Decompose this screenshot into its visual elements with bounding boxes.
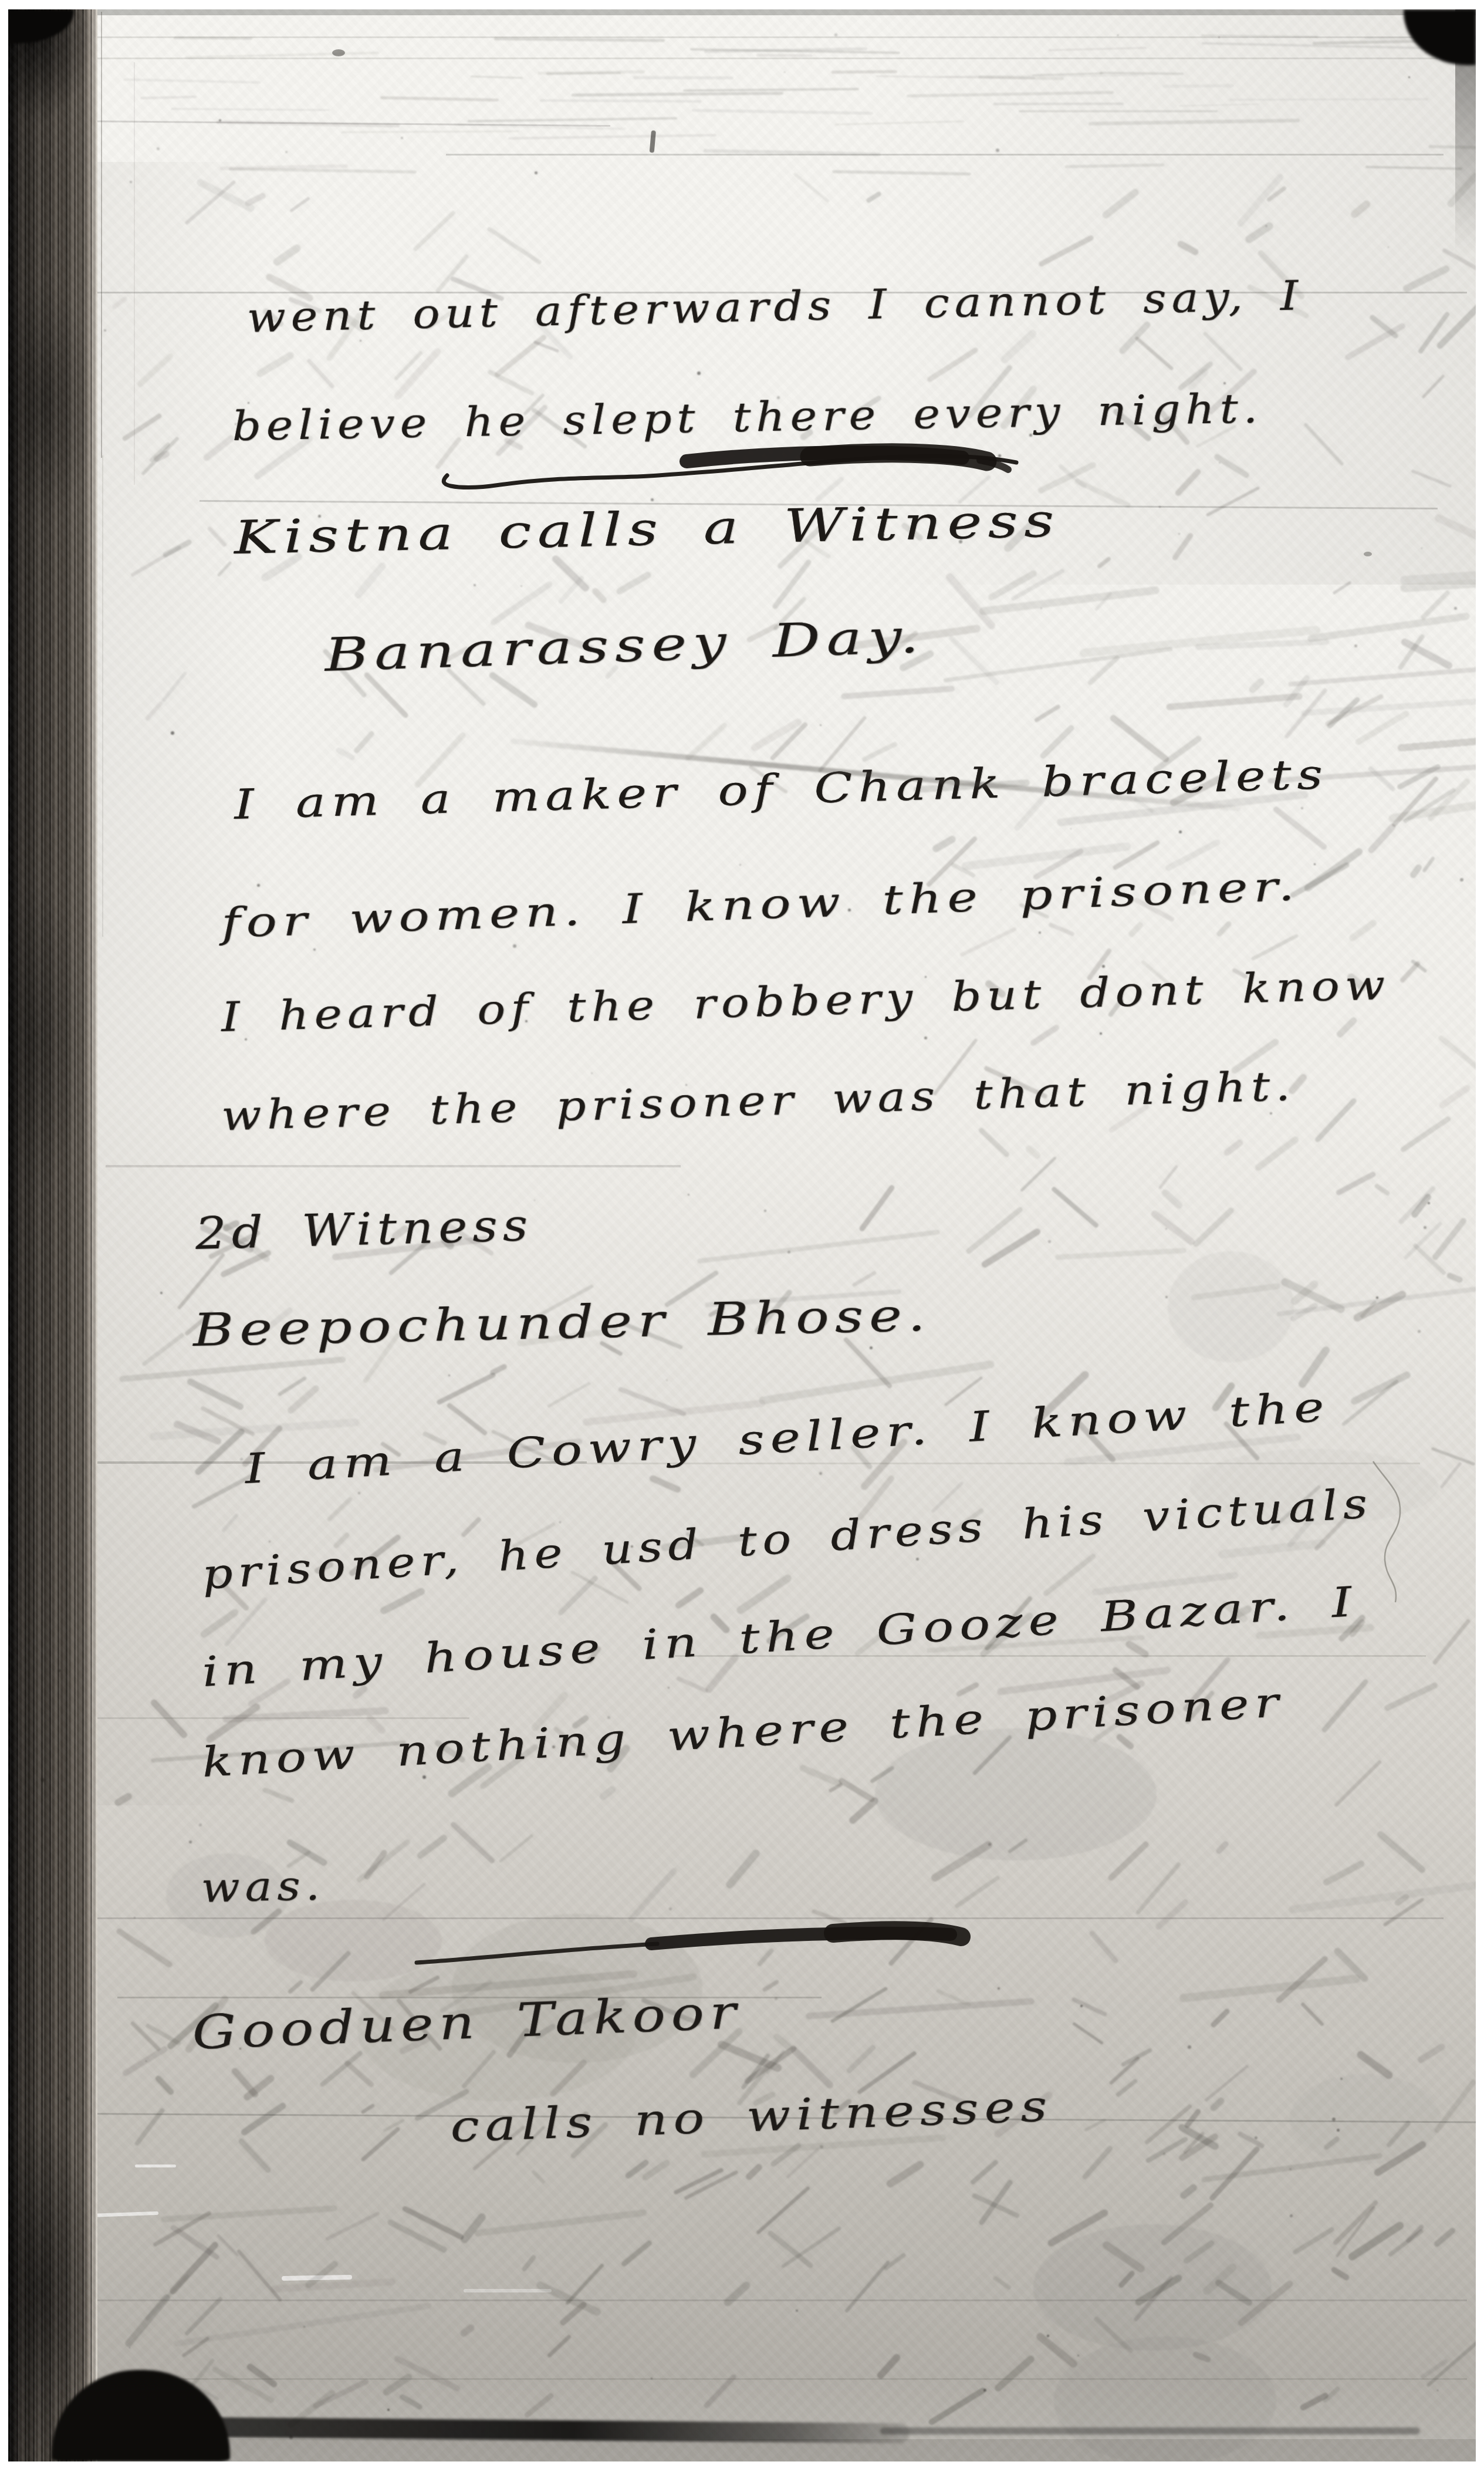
scratch-mark — [282, 2275, 352, 2281]
manuscript-line: in my house in the Gooze Bazar. I — [201, 1578, 1359, 1696]
bottom-smudge — [164, 2417, 910, 2443]
manuscript-line: calls no witnesses — [449, 2081, 1053, 2152]
rule-line — [106, 1165, 681, 1167]
scratch-mark — [88, 2211, 158, 2217]
bottom-smudge — [880, 2427, 1420, 2434]
crease-line — [1358, 1459, 1428, 1612]
manuscript-scan: went out afterwards I cannot say, I beli… — [0, 0, 1484, 2465]
rule-line — [35, 2378, 1467, 2380]
rule-line — [88, 58, 1438, 59]
corner-shadow-top-right — [1404, 9, 1476, 65]
ink-speck — [878, 532, 884, 538]
page-photo: went out afterwards I cannot say, I beli… — [8, 9, 1476, 2461]
underline-flourish — [434, 437, 1021, 507]
rule-line — [47, 1717, 469, 1719]
rule-line — [35, 36, 1438, 38]
rule-line — [76, 2299, 1467, 2301]
ink-speck — [1364, 552, 1372, 556]
manuscript-line: I am a Cowry seller. I know the — [244, 1382, 1331, 1492]
scratch-mark — [464, 2289, 552, 2292]
scratch-mark — [135, 2165, 176, 2167]
manuscript-line: 2d Witness — [195, 1200, 533, 1259]
page-edge-line — [134, 62, 135, 485]
manuscript-line: I am a maker of Chank bracelets — [234, 750, 1329, 829]
page-edge-line — [101, 12, 102, 458]
page-edge-line — [102, 455, 103, 937]
separator-flourish — [405, 1916, 992, 1974]
manuscript-line: Beepochunder Bhose. — [192, 1289, 931, 1356]
rule-line — [82, 120, 610, 127]
ink-speck — [332, 49, 345, 56]
binding-strip — [8, 9, 97, 2461]
manuscript-line: know nothing where the prisoner — [201, 1678, 1286, 1787]
manuscript-line: where the prisoner was that night. — [221, 1062, 1296, 1140]
manuscript-line: was. — [201, 1861, 325, 1912]
manuscript-line: I heard of the robbery but dont know — [221, 960, 1391, 1041]
top-edge-shade — [8, 9, 1476, 15]
manuscript-line: went out afterwards I cannot say, I — [246, 271, 1304, 342]
manuscript-line: for women. I know the prisoner. — [221, 862, 1301, 947]
rule-line — [446, 154, 1444, 156]
ink-speck — [650, 130, 656, 153]
manuscript-line: Banarassey Day. — [324, 610, 925, 682]
manuscript-line: prisoner, he usd to dress his victuals — [201, 1479, 1374, 1599]
